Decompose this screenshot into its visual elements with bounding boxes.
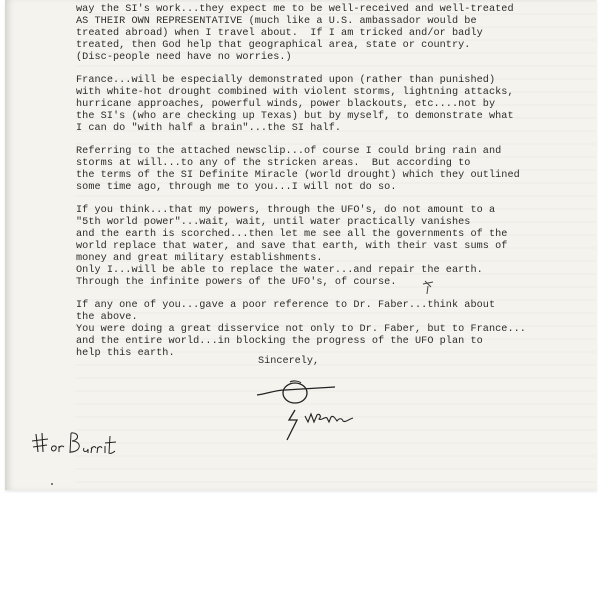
paragraph-3: Referring to the attached newsclip...of … — [76, 146, 576, 194]
paragraph-4: If you think...that my powers, through t… — [76, 205, 576, 288]
letter-body: way the SI's work...they expect me to be… — [76, 4, 576, 372]
ink-speck — [51, 483, 53, 485]
text-line: storms at will...to any of the stricken … — [76, 158, 576, 170]
text-line: hurricane approaches, powerful winds, po… — [76, 99, 576, 111]
text-line: AS THEIR OWN REPRESENTATIVE (much like a… — [76, 16, 576, 28]
text-line: (Disc-people need have no worries.) — [76, 52, 576, 64]
text-line: Through the infinite powers of the UFO's… — [76, 277, 576, 289]
closing-salutation: Sincerely, — [258, 356, 319, 367]
text-line: and the earth is scorched...then let me … — [76, 229, 576, 241]
text-line: Only I...will be able to replace the wat… — [76, 265, 576, 277]
text-line: If you think...that my powers, through t… — [76, 205, 576, 217]
paragraph-1: way the SI's work...they expect me to be… — [76, 4, 576, 64]
handwritten-mark-icon — [421, 278, 435, 296]
text-line: If any one of you...gave a poor referenc… — [76, 300, 576, 312]
handwritten-margin-note: # or Barrat — [30, 428, 130, 458]
paragraph-2: France...will be especially demonstrated… — [76, 75, 576, 135]
text-line: the SI's (who are checking up Texas) but… — [76, 111, 576, 123]
text-line: I can do "with half a brain"...the SI ha… — [76, 123, 576, 135]
text-line: the above. — [76, 312, 576, 324]
document-page: way the SI's work...they expect me to be… — [5, 0, 597, 490]
text-line: help this earth. — [76, 348, 576, 360]
text-line: "5th world power"...wait, wait, until wa… — [76, 217, 576, 229]
text-line: world replace that water, and save that … — [76, 241, 576, 253]
text-line: some time ago, through me to you...I wil… — [76, 182, 576, 194]
text-line: You were doing a great disservice not on… — [76, 324, 576, 336]
handwritten-signature: Owens — [255, 378, 385, 448]
text-line: and the entire world...in blocking the p… — [76, 336, 576, 348]
text-line: with white-hot drought combined with vio… — [76, 87, 576, 99]
text-line: way the SI's work...they expect me to be… — [76, 4, 576, 16]
paragraph-5: If any one of you...gave a poor referenc… — [76, 300, 576, 360]
text-line: the terms of the SI Definite Miracle (wo… — [76, 170, 576, 182]
text-line: France...will be especially demonstrated… — [76, 75, 576, 87]
text-line: treated abroad) when I travel about. If … — [76, 28, 576, 40]
text-line: money and great military establishments. — [76, 253, 576, 265]
text-line: Referring to the attached newsclip...of … — [76, 146, 576, 158]
text-line: treated, then God help that geographical… — [76, 40, 576, 52]
